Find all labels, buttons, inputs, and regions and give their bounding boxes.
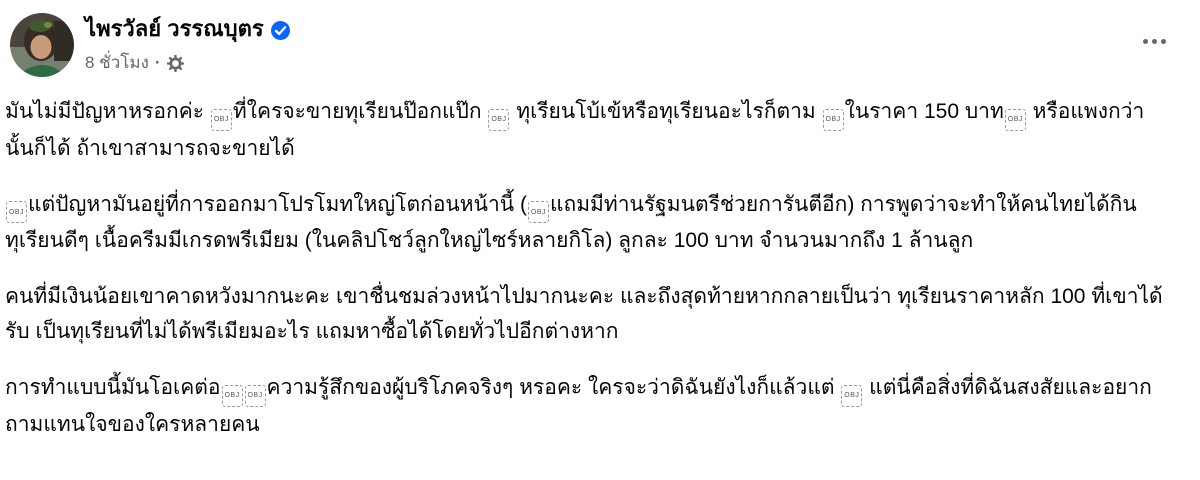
post-header: ไพรวัลย์ วรรณบุตร 8 ชั่วโมง · [0,0,1200,77]
post-paragraph: คนที่มีเงินน้อยเขาคาดหวังมากนะคะ เขาชื่น… [5,279,1172,349]
privacy-gear-icon [167,55,184,72]
author-name[interactable]: ไพรวัลย์ วรรณบุตร [85,16,264,42]
post-paragraph: OBJแต่ปัญหามันอยู่ที่การออกมาโปรโมทใหญ่โ… [5,187,1172,259]
ellipsis-icon [1161,39,1166,44]
post-menu-button[interactable] [1134,28,1174,54]
post-paragraph: การทำแบบนี้มันโอเคต่อOBJOBJความรู้สึกของ… [5,370,1172,442]
post-text: มันไม่มีปัญหาหรอกค่ะ OBJที่ใครจะขายทุเรี… [0,77,1200,442]
emoji-placeholder-icon: OBJ [528,201,549,223]
emoji-placeholder-icon: OBJ [488,109,509,131]
ellipsis-icon [1152,39,1157,44]
emoji-placeholder-icon: OBJ [6,201,27,223]
ellipsis-icon [1143,39,1148,44]
header-texts: ไพรวัลย์ วรรณบุตร 8 ชั่วโมง · [85,13,290,76]
meta-separator: · [155,53,161,73]
post-meta: 8 ชั่วโมง · [85,49,290,76]
avatar-image [10,13,74,77]
emoji-placeholder-icon: OBJ [222,385,243,407]
emoji-placeholder-icon: OBJ [211,109,232,131]
emoji-placeholder-icon: OBJ [245,385,266,407]
emoji-placeholder-icon: OBJ [823,109,844,131]
emoji-placeholder-icon: OBJ [1005,109,1026,131]
verified-badge-icon [271,21,290,40]
author-row: ไพรวัลย์ วรรณบุตร [85,16,290,42]
emoji-placeholder-icon: OBJ [841,385,862,407]
avatar[interactable] [10,13,74,77]
timestamp[interactable]: 8 ชั่วโมง [85,49,149,76]
facebook-post: ไพรวัลย์ วรรณบุตร 8 ชั่วโมง · [0,0,1200,480]
post-paragraph: มันไม่มีปัญหาหรอกค่ะ OBJที่ใครจะขายทุเรี… [5,94,1172,166]
